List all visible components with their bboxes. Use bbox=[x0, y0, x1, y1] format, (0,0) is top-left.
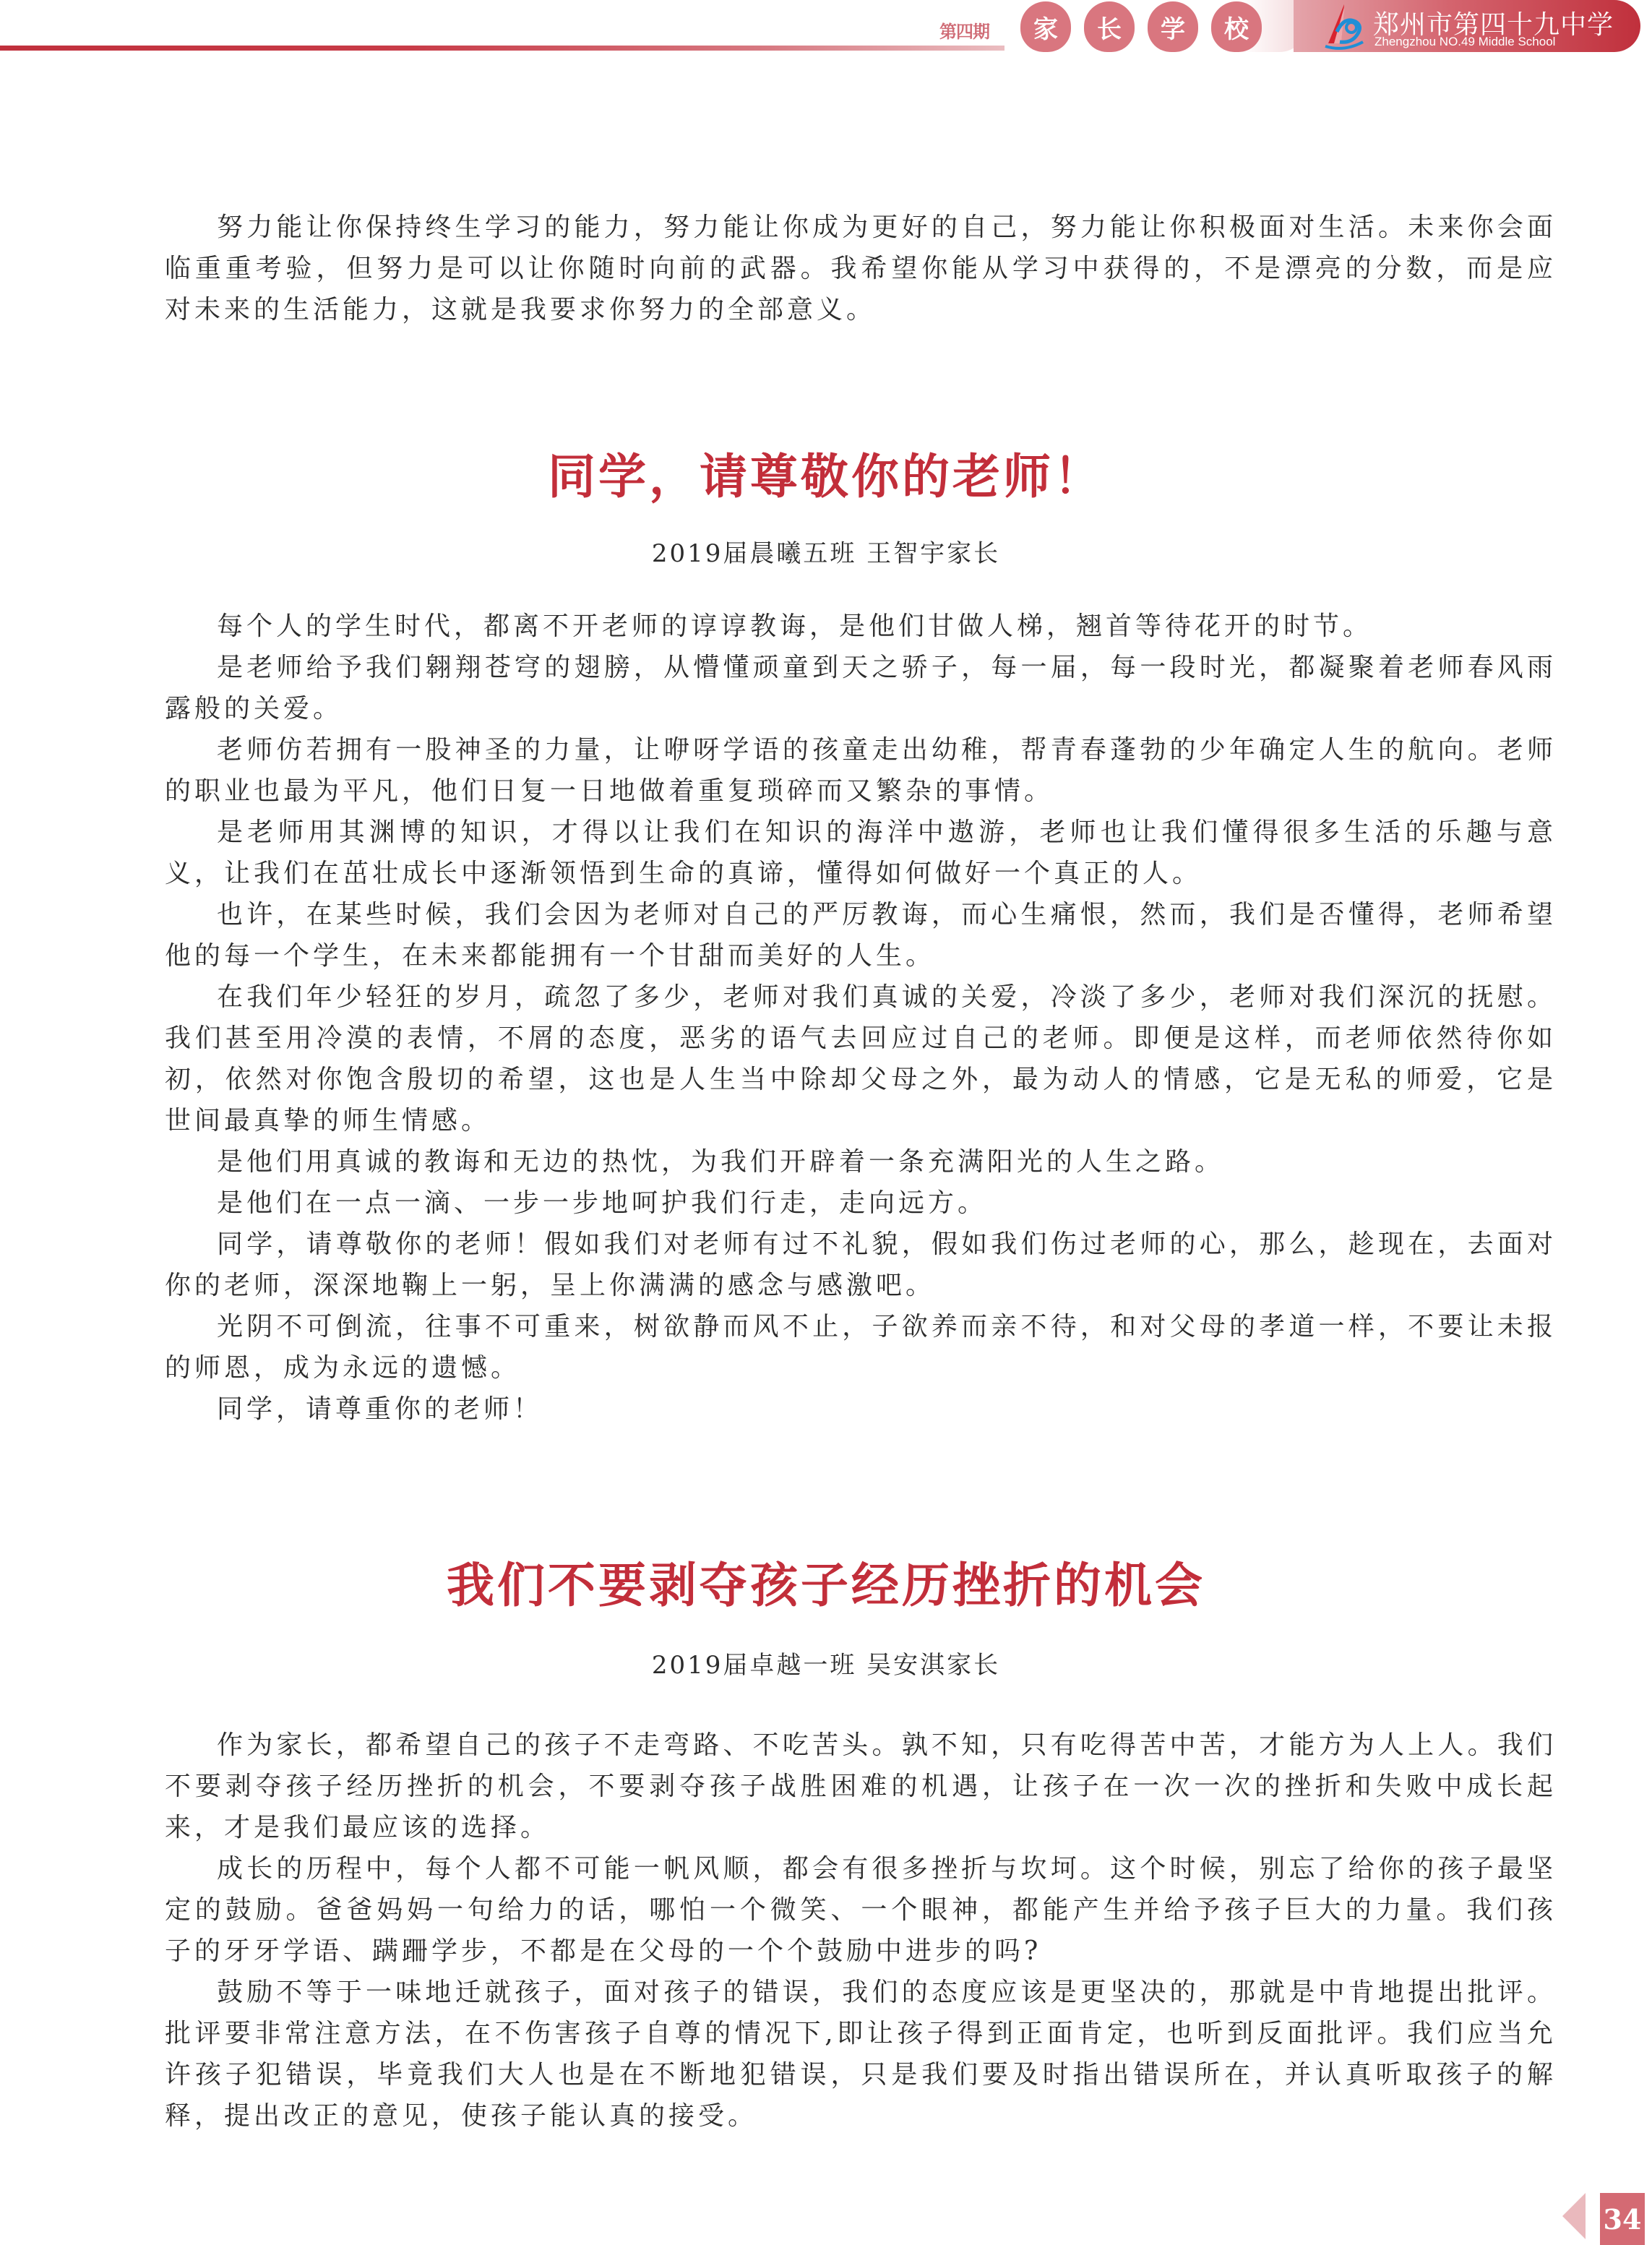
article2-paragraph: 作为家长，都希望自己的孩子不走弯路、不吃苦头。孰不知，只有吃得苦中苦，才能方为人… bbox=[165, 1725, 1557, 1848]
page-arrow-icon bbox=[1562, 2193, 1586, 2239]
column-char-jia: 家 bbox=[1020, 1, 1071, 52]
article2-body: 作为家长，都希望自己的孩子不走弯路、不吃苦头。孰不知，只有吃得苦中苦，才能方为人… bbox=[165, 1725, 1557, 2137]
article2-paragraph: 鼓励不等于一味地迁就孩子，面对孩子的错误，我们的态度应该是更坚决的，那就是中肯地… bbox=[165, 1972, 1557, 2137]
article1-paragraph: 是老师给予我们翱翔苍穹的翅膀，从懵懂顽童到天之骄子，每一届，每一段时光，都凝聚着… bbox=[165, 647, 1557, 729]
header-divider bbox=[0, 46, 1026, 51]
article1-byline: 2019届晨曦五班 王智宇家长 bbox=[0, 533, 1652, 569]
article2-paragraph: 成长的历程中，每个人都不可能一帆风顺，都会有很多挫折与坎坷。这个时候，别忘了给你… bbox=[165, 1848, 1557, 1972]
article1-title: 同学，请尊敬你的老师！ bbox=[0, 438, 1652, 507]
article1-paragraph: 光阴不可倒流，往事不可重来，树欲静而风不止，子欲养而亲不待，和对父母的孝道一样，… bbox=[165, 1306, 1557, 1388]
article1-paragraph: 每个人的学生时代，都离不开老师的谆谆教诲，是他们甘做人梯，翘首等待花开的时节。 bbox=[165, 606, 1557, 647]
column-char-xue: 学 bbox=[1148, 1, 1198, 52]
column-char-zhang: 长 bbox=[1084, 1, 1135, 52]
article1-paragraph: 同学，请尊重你的老师！ bbox=[165, 1388, 1557, 1430]
article1-paragraph: 老师仿若拥有一股神圣的力量，让咿呀学语的孩童走出幼稚，帮青春蓬勃的少年确定人生的… bbox=[165, 729, 1557, 812]
issue-label: 第四期 bbox=[939, 17, 989, 43]
article1-paragraph: 同学，请尊敬你的老师！假如我们对老师有过不礼貌，假如我们伤过老师的心，那么，趁现… bbox=[165, 1224, 1557, 1306]
intro-section: 努力能让你保持终生学习的能力，努力能让你成为更好的自己，努力能让你积极面对生活。… bbox=[165, 207, 1557, 330]
page-number: 34 bbox=[1600, 2193, 1645, 2245]
article1-paragraph: 是他们用真诚的教诲和无边的热忱，为我们开辟着一条充满阳光的人生之路。 bbox=[165, 1141, 1557, 1182]
article1-body: 每个人的学生时代，都离不开老师的谆谆教诲，是他们甘做人梯，翘首等待花开的时节。 … bbox=[165, 606, 1557, 1430]
article2-title: 我们不要剥夺孩子经历挫折的机会 bbox=[0, 1547, 1652, 1615]
school-name-english: Zhengzhou NO.49 Middle School bbox=[1374, 35, 1555, 49]
article1-paragraph: 是老师用其渊博的知识，才得以让我们在知识的海洋中遨游，老师也让我们懂得很多生活的… bbox=[165, 812, 1557, 894]
article2-byline: 2019届卓越一班 吴安淇家长 bbox=[0, 1645, 1652, 1680]
article1-paragraph: 在我们年少轻狂的岁月，疏忽了多少，老师对我们真诚的关爱，冷淡了多少，老师对我们深… bbox=[165, 976, 1557, 1141]
article1-paragraph: 是他们在一点一滴、一步一步地呵护我们行走，走向远方。 bbox=[165, 1182, 1557, 1224]
school-49-sail-logo-icon bbox=[1322, 3, 1366, 51]
column-char-xiao: 校 bbox=[1211, 1, 1262, 52]
article1-paragraph: 也许，在某些时候，我们会因为老师对自己的严厉教诲，而心生痛恨，然而，我们是否懂得… bbox=[165, 894, 1557, 976]
intro-paragraph: 努力能让你保持终生学习的能力，努力能让你成为更好的自己，努力能让你积极面对生活。… bbox=[165, 207, 1557, 330]
